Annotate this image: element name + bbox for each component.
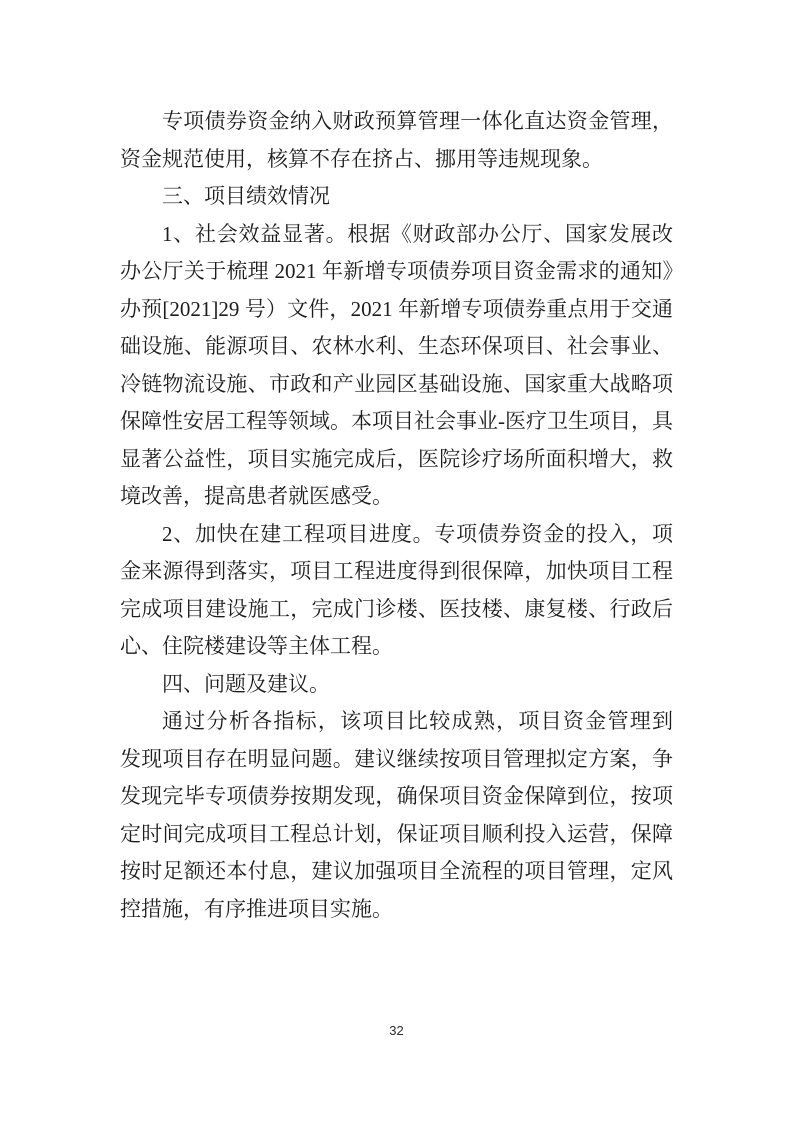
section-heading-3: 三、项目绩效情况 xyxy=(120,178,673,216)
page-footer: 32 xyxy=(0,1022,793,1040)
body-line: 础设施、能源项目、农林水利、生态环保项目、社会事业、城乡 xyxy=(120,328,673,366)
body-line: 发现项目存在明显问题。建议继续按项目管理拟定方案，争取未 xyxy=(120,741,673,779)
body-line: 保障性安居工程等领域。本项目社会事业-医疗卫生项目，具有 xyxy=(120,403,673,441)
body-line: 资金规范使用，核算不存在挤占、挪用等违规现象。 xyxy=(120,141,673,179)
body-line: 2、加快在建工程项目进度。专项债券资金的投入，项目资 xyxy=(120,516,673,554)
document-page: 专项债券资金纳入财政预算管理一体化直达资金管理，项目 资金规范使用，核算不存在挤… xyxy=(0,0,793,1122)
body-line: 按时足额还本付息，建议加强项目全流程的项目管理，定风险管 xyxy=(120,853,673,891)
section-heading-4: 四、问题及建议。 xyxy=(120,666,673,704)
document-body: 专项债券资金纳入财政预算管理一体化直达资金管理，项目 资金规范使用，核算不存在挤… xyxy=(120,103,673,928)
body-line: 通过分析各指标，该项目比较成熟，项目资金管理到位，未 xyxy=(120,703,673,741)
body-line: 办公厅关于梳理 2021 年新增专项债券项目资金需求的通知》(财 xyxy=(120,253,673,291)
body-line: 心、住院楼建设等主体工程。 xyxy=(120,628,673,666)
body-line: 控措施，有序推进项目实施。 xyxy=(120,891,673,929)
body-line: 1、社会效益显著。根据《财政部办公厅、国家发展改革委 xyxy=(120,216,673,254)
body-line: 显著公益性，项目实施完成后，医院诊疗场所面积增大，救治环 xyxy=(120,441,673,479)
body-line: 冷链物流设施、市政和产业园区基础设施、国家重大战略项目、 xyxy=(120,366,673,404)
body-line: 定时间完成项目工程总计划，保证项目顺利投入运营，保障项目 xyxy=(120,816,673,854)
body-line: 发现完毕专项债券按期发现，确保项目资金保障到位，按项目既 xyxy=(120,778,673,816)
body-line: 办预[2021]29 号）文件，2021 年新增专项债券重点用于交通基 xyxy=(120,291,673,329)
body-line: 专项债券资金纳入财政预算管理一体化直达资金管理，项目 xyxy=(120,103,673,141)
page-number: 32 xyxy=(389,1023,403,1038)
body-line: 境改善，提高患者就医感受。 xyxy=(120,478,673,516)
body-line: 完成项目建设施工，完成门诊楼、医技楼、康复楼、行政后勤中 xyxy=(120,591,673,629)
body-line: 金来源得到落实，项目工程进度得到很保障，加快项目工程进度， xyxy=(120,553,673,591)
